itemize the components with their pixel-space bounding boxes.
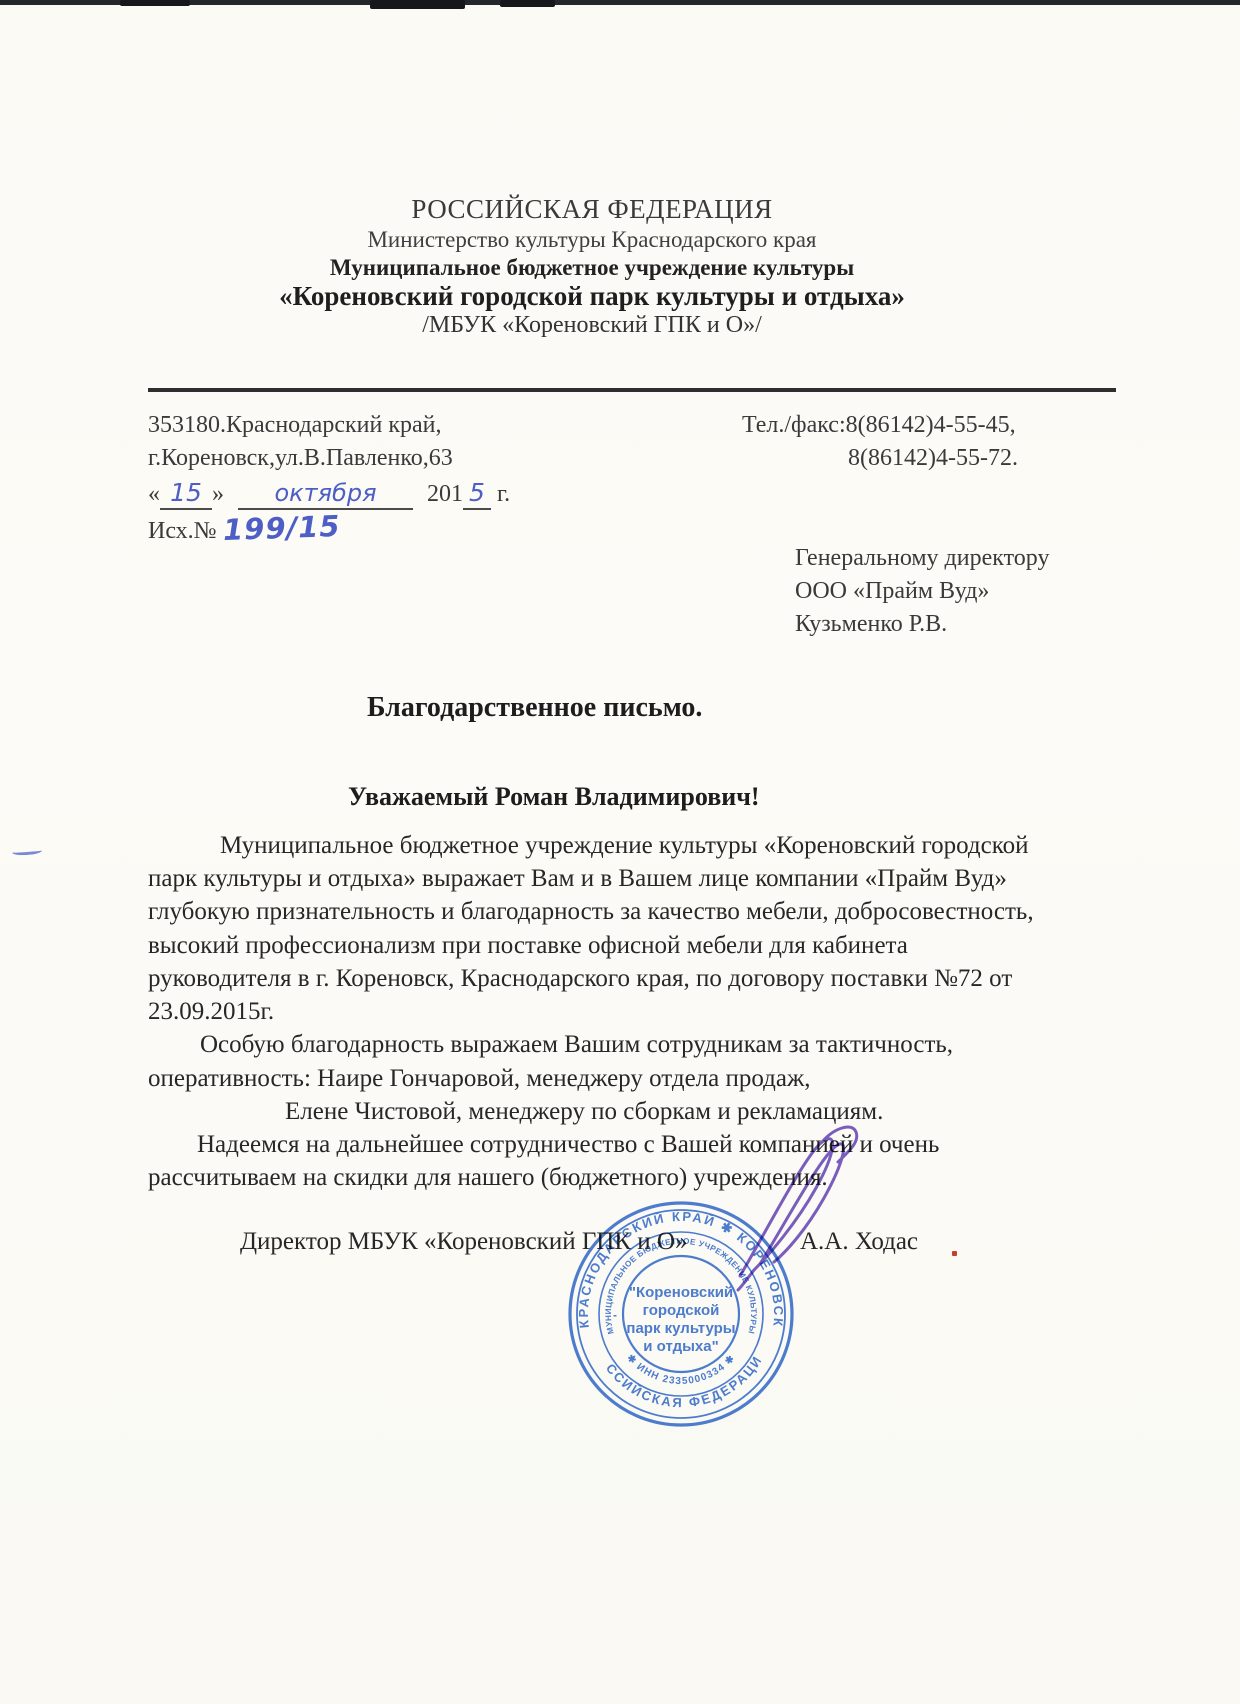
letterhead-institution-name: «Кореновский городской парк культуры и о… — [12, 281, 1172, 312]
body-line: Муниципальное бюджетное учреждение культ… — [220, 832, 1028, 860]
address-line-2: г.Кореновск,ул.В.Павленко,63 — [148, 445, 453, 472]
addressee-company: ООО «Прайм Вуд» — [795, 578, 989, 605]
signature-graphic — [698, 1118, 888, 1298]
stray-pen-mark — [12, 847, 42, 856]
scan-edge-blob — [120, 0, 190, 6]
ref-number-line: Исх.№ 199/15 — [148, 511, 340, 545]
ref-number-handwritten: 199/15 — [222, 509, 341, 547]
scan-edge-blob — [370, 0, 465, 9]
stamp-center-line4: и отдыха" — [643, 1338, 718, 1355]
letterhead-institution-type: Муниципальное бюджетное учреждение культ… — [12, 255, 1172, 281]
ref-label: Исх.№ — [148, 518, 217, 544]
body-line: глубокую признательность и благодарность… — [148, 898, 1034, 926]
address-line-1: 353180.Краснодарский край, — [148, 412, 441, 439]
stray-red-dot — [952, 1251, 957, 1256]
date-line: «15» октября 2015 г. — [148, 478, 510, 510]
salutation: Уважаемый Роман Владимирович! — [348, 782, 760, 812]
body-line: руководителя в г. Кореновск, Краснодарск… — [148, 965, 1012, 993]
scan-edge-blob — [500, 0, 555, 7]
body-line: 23.09.2015г. — [148, 998, 274, 1026]
svg-text:✱ ИНН 2335000334 ✱: ✱ ИНН 2335000334 ✱ — [624, 1353, 737, 1387]
body-line: оперативность: Наире Гончаровой, менедже… — [148, 1065, 811, 1093]
body-line: парк культуры и отдыха» выражает Вам и в… — [148, 865, 1007, 893]
phone-line-2: 8(86142)4-55-72. — [848, 445, 1018, 472]
date-suffix: г. — [497, 481, 510, 507]
body-line: высокий профессионализм при поставке офи… — [148, 932, 908, 960]
addressee-position: Генеральному директору — [795, 545, 1049, 572]
letter-page: РОССИЙСКАЯ ФЕДЕРАЦИЯ Министерство культу… — [0, 0, 1240, 1704]
stamp-center-line3: парк культуры — [626, 1320, 735, 1337]
stamp-dash-mark: - — [613, 1308, 617, 1322]
date-year-printed: 201 — [427, 481, 463, 507]
director-signature — [698, 1118, 888, 1298]
letterhead-country: РОССИЙСКАЯ ФЕДЕРАЦИЯ — [12, 194, 1172, 225]
letterhead-ministry: Министерство культуры Краснодарского кра… — [12, 227, 1172, 253]
date-day-handwritten: 15 — [170, 478, 202, 507]
date-year-digit-handwritten: 5 — [469, 478, 485, 507]
letter-title: Благодарственное письмо. — [367, 692, 702, 724]
body-line: Особую благодарность выражаем Вашим сотр… — [200, 1031, 953, 1059]
date-open-quote: « — [148, 481, 160, 507]
letterhead-abbreviation: /МБУК «Кореновский ГПК и О»/ — [12, 312, 1172, 339]
date-close-quote: » — [212, 481, 224, 507]
addressee-name: Кузьменко Р.В. — [795, 611, 947, 638]
phone-line-1: Тел./факс:8(86142)4-55-45, — [742, 412, 1016, 439]
date-month-handwritten: октября — [274, 479, 376, 507]
stamp-middle-bottom-text: ✱ ИНН 2335000334 ✱ — [624, 1353, 737, 1387]
header-divider-rule — [148, 388, 1116, 392]
stamp-center-line2: городской — [643, 1302, 720, 1319]
